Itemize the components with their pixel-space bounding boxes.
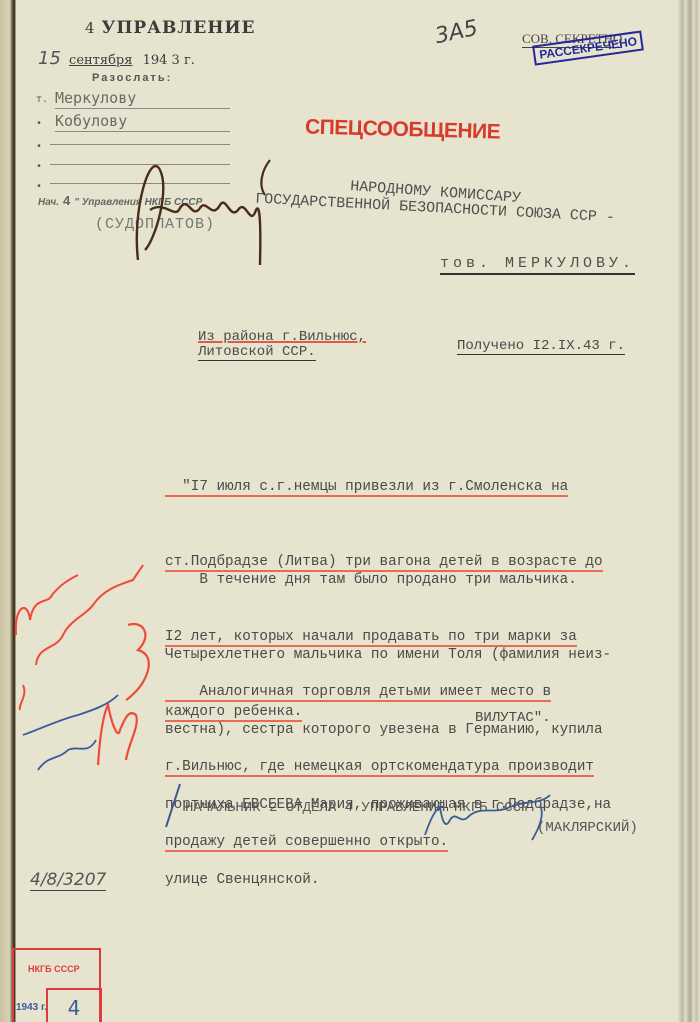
handwritten-number: 3А5 bbox=[433, 16, 480, 49]
registry-stamp: НКГБ СССР 1943 г. 4 bbox=[12, 948, 101, 1022]
document-date: 15 сентября 194 3 г. bbox=[38, 48, 195, 69]
signature-sudoplatov-icon bbox=[120, 150, 290, 270]
body-line: "I7 июля с.г.немцы привезли из г.Смоленс… bbox=[165, 479, 568, 497]
addressee-name: тов. МЕРКУЛОВУ. bbox=[440, 255, 635, 275]
received-date: Получено I2.IX.43 г. bbox=[457, 338, 625, 355]
blank-line bbox=[50, 143, 230, 145]
bullet: т. bbox=[36, 95, 48, 106]
from-prefix: Нач. bbox=[38, 197, 59, 208]
source-signoff: ВИЛУТАС". bbox=[475, 710, 551, 726]
date-year-suffix: 3 г. bbox=[172, 53, 195, 68]
signature-maklyarsky-icon bbox=[420, 785, 570, 845]
stamp-year: 1943 г. bbox=[16, 1002, 47, 1013]
origin-line-1: Из района г.Вильнюс, bbox=[198, 330, 366, 345]
body-line: г.Вильнюс, где немецкая ортскомендатура … bbox=[165, 759, 594, 777]
origin-line-2: Литовской ССР. bbox=[198, 345, 316, 361]
agency-header: 4УПРАВЛЕНИЕ bbox=[85, 18, 255, 38]
agency-name: УПРАВЛЕНИЕ bbox=[102, 18, 256, 38]
bullet: • bbox=[36, 142, 42, 153]
bullet: • bbox=[36, 162, 42, 173]
book-binding bbox=[0, 0, 16, 1022]
date-year-prefix: 194 bbox=[143, 53, 168, 68]
margin-annotations-icon bbox=[8, 565, 158, 785]
recipient-1: Меркулову bbox=[55, 89, 230, 109]
archive-number: 4/8/3207 bbox=[30, 870, 106, 890]
bullet: • bbox=[36, 119, 42, 130]
body-line: продажу детей совершенно открыто. bbox=[165, 834, 448, 852]
recipient-2: Кобулову bbox=[55, 112, 230, 132]
stamp-agency: НКГБ СССР bbox=[28, 964, 80, 974]
bullet: • bbox=[36, 182, 42, 193]
body-line: В течение дня там было продано три мальч… bbox=[165, 568, 685, 593]
from-number: 4 bbox=[63, 193, 70, 208]
body-line: Аналогичная торговля детьми имеет место … bbox=[165, 684, 551, 702]
agency-number: 4 bbox=[85, 19, 96, 37]
stamp-box-value: 4 bbox=[46, 988, 102, 1022]
origin-block: Из района г.Вильнюс, Литовской ССР. bbox=[198, 330, 366, 361]
distribute-label: Разослать: bbox=[92, 72, 172, 84]
date-day: 15 bbox=[38, 48, 61, 69]
document-title: СПЕЦСООБЩЕНИЕ bbox=[305, 115, 501, 144]
date-month: сентября bbox=[69, 53, 132, 68]
